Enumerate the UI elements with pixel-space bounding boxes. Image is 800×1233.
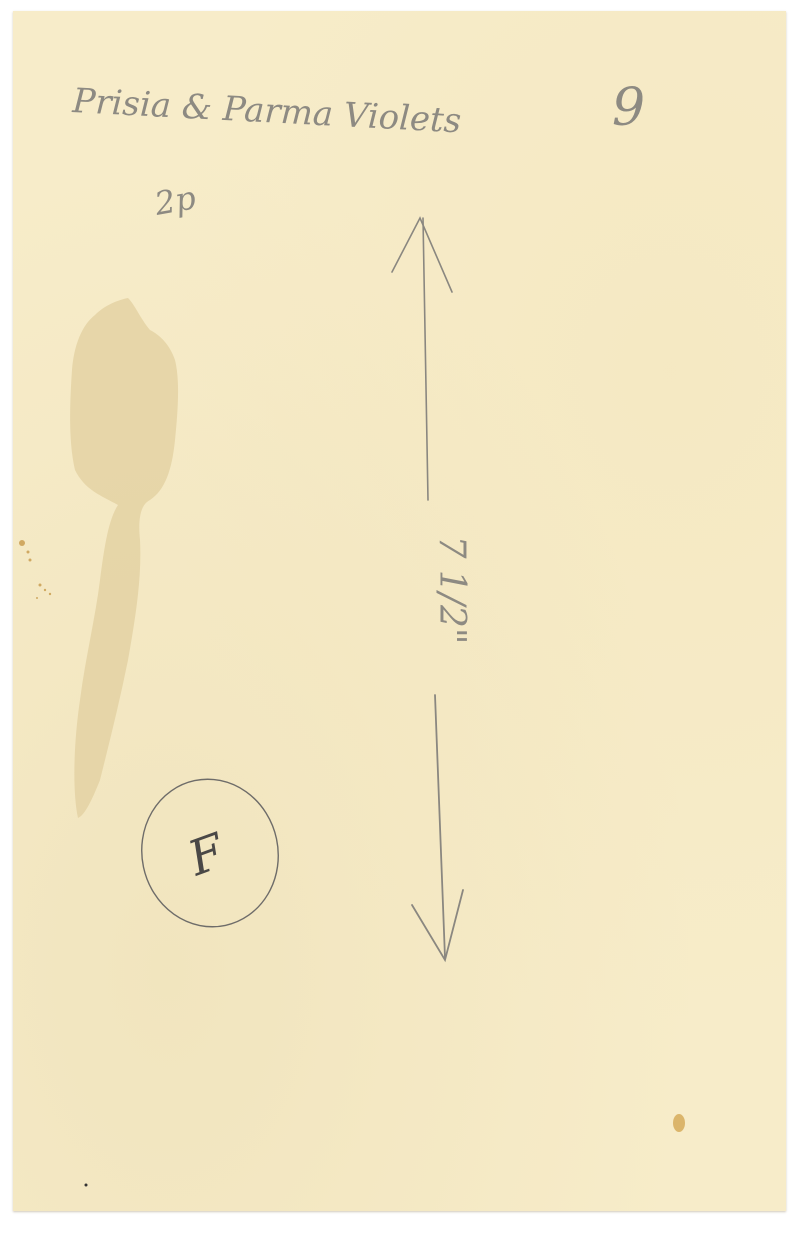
circled-mark-letter: F	[180, 823, 233, 888]
title-note-text: Prisia & Parma Violets	[71, 81, 463, 141]
stain-spot	[673, 1114, 685, 1132]
page-number-text: 9	[612, 78, 645, 138]
water-stain	[70, 298, 178, 818]
arrow-down-icon	[412, 695, 463, 960]
card-drawing: Prisia & Parma Violets 2p 9 7 1/2" F	[13, 11, 786, 1211]
arrow-up-icon	[392, 218, 452, 500]
dimension-label: 7 1/2"	[431, 536, 472, 645]
foxing-spots	[19, 540, 51, 599]
circled-mark: F	[128, 766, 292, 939]
photo-card-back: Prisia & Parma Violets 2p 9 7 1/2" F	[13, 11, 786, 1211]
quantity-note-text: 2p	[151, 178, 199, 223]
